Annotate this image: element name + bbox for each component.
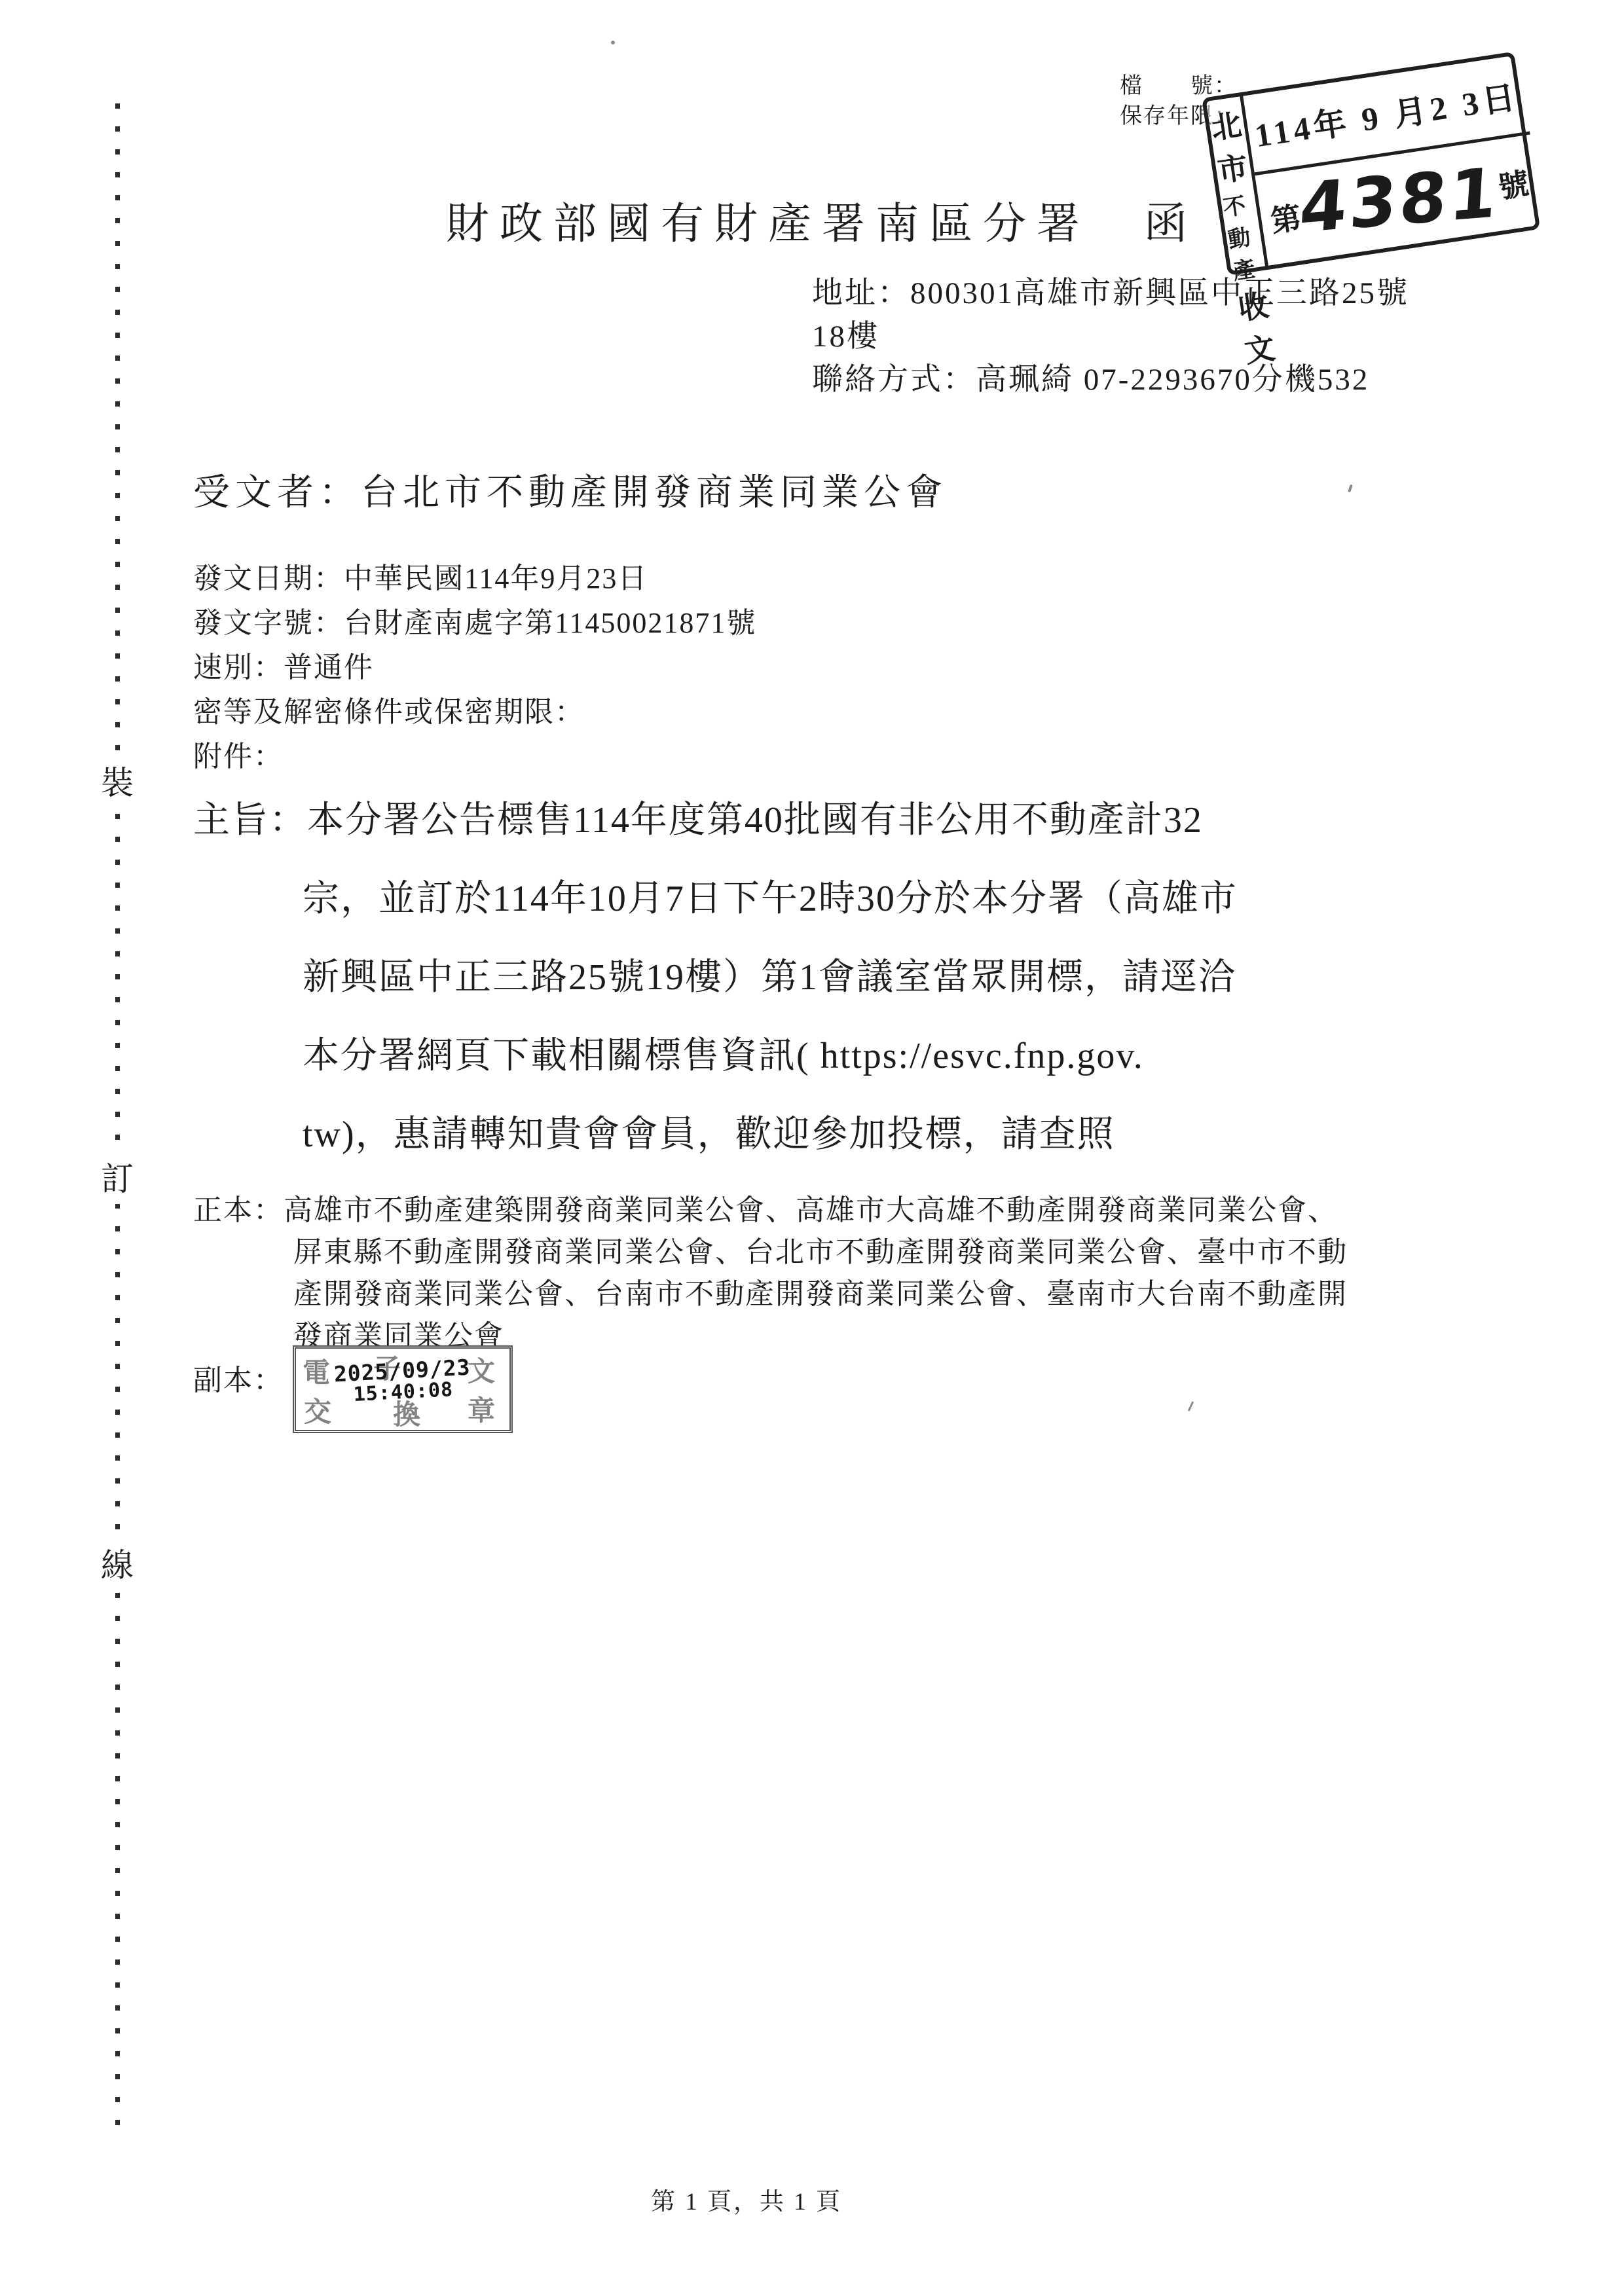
- margin-label-zhuang: 裝: [99, 758, 136, 808]
- margin-label-ding: 訂: [99, 1154, 136, 1204]
- meta-attachment: 附件：: [193, 733, 284, 774]
- file-number-label: 檔 號：: [1120, 67, 1238, 100]
- page-footer: 第 1 頁，共 1 頁: [616, 2181, 877, 2217]
- cc-label: 副本：: [193, 1357, 284, 1398]
- subject-line: tw)，惠請轉知貴會會員，歡迎參加投標，請查照: [303, 1105, 1115, 1157]
- letter-title: 財政部國有財產署南區分署 函: [416, 189, 1228, 251]
- sender-address-line2: 18樓: [812, 312, 879, 355]
- meta-issue-date: 發文日期：中華民國114年9月23日: [193, 555, 648, 596]
- receipt-stamp-handwritten-number: 4381: [1297, 152, 1502, 248]
- electronic-exchange-stamp: 電 子 文 交 換 章 2025/09/23 15:40:08: [293, 1345, 513, 1433]
- meta-classification: 密等及解密條件或保密期限：: [193, 688, 585, 730]
- sender-address-line1: 地址：800301高雄市新興區中正三路25號: [812, 268, 1409, 312]
- sender-contact-line: 聯絡方式：高珮綺 07-2293670分機532: [812, 355, 1369, 399]
- binding-margin-dotted-line: [115, 103, 120, 2133]
- meta-priority: 速別：普通件: [193, 644, 374, 685]
- meta-doc-number: 發文字號：台財產南處字第11450021871號: [193, 599, 756, 641]
- copies-line: 屏東縣不動產開發商業同業公會、台北市不動產開發商業同業公會、臺中市不動: [293, 1228, 1348, 1270]
- receipt-stamp: 北市 不動產 收文 114年 9 月2 3日 第 4381 號: [1202, 52, 1540, 276]
- scan-artifact: [1348, 484, 1353, 493]
- recipient-line: 受文者：台北市不動產開發商業同業公會: [193, 464, 948, 516]
- copies-line: 正本：高雄市不動產建築開發商業同業公會、高雄市大高雄不動產開發商業同業公會、: [193, 1186, 1338, 1228]
- margin-label-xian: 線: [99, 1540, 136, 1590]
- scan-artifact: [611, 41, 615, 45]
- scanned-official-letter: 裝 訂 線 檔 號： 保存年限： 北市 不動產 收文 114年 9 月2 3日 …: [0, 0, 1624, 2296]
- subject-line: 主旨：本分署公告標售114年度第40批國有非公用不動產計32: [193, 791, 1203, 843]
- subject-line: 宗，並訂於114年10月7日下午2時30分於本分署（高雄市: [303, 869, 1238, 922]
- copies-line: 產開發商業同業公會、台南市不動產開發商業同業公會、臺南市大台南不動產開: [293, 1270, 1348, 1312]
- scan-artifact: [1188, 1401, 1194, 1412]
- subject-line: 本分署網頁下載相關標售資訊( https://esvc.fnp.gov.: [303, 1027, 1144, 1079]
- subject-line: 新興區中正三路25號19樓）第1會議室當眾開標，請逕洽: [303, 948, 1236, 1000]
